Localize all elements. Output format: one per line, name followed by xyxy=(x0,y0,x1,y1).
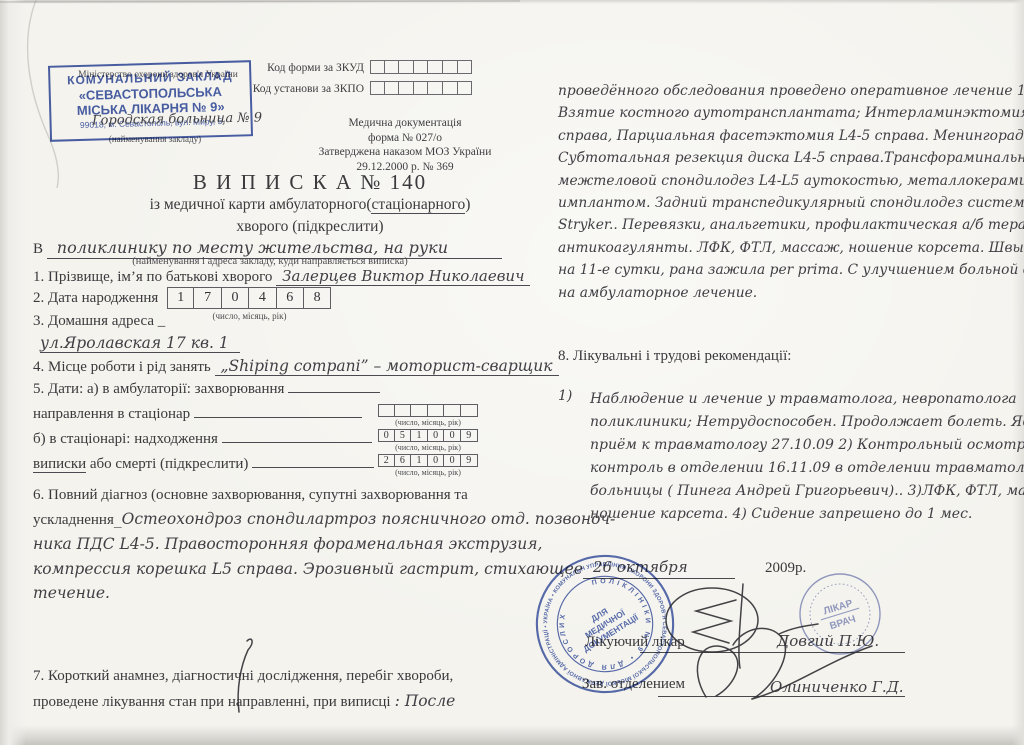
dest-caption: (найменування і адреса закладу, куди нап… xyxy=(60,256,480,267)
dest-label: В xyxy=(33,241,43,257)
referral-label: направлення в стаціонар xyxy=(33,406,190,422)
date-cell: 4 xyxy=(249,287,276,309)
code-cell xyxy=(370,81,385,95)
dest-value: поликлинику по месту жительства, на руки xyxy=(57,238,448,257)
date-cell: 9 xyxy=(461,454,478,467)
date-cell xyxy=(428,404,445,417)
document-title: В И П И С К А № 140 xyxy=(110,170,510,195)
date-cell xyxy=(378,404,395,417)
med-doc-line: Затверджена наказом МОЗ України xyxy=(293,145,517,160)
diagnosis-line: 6. Повний діагноз (основне захворювання,… xyxy=(33,483,488,507)
facility-handwritten: Городская больница № 9 xyxy=(92,111,262,129)
op-line: Субтотальная резекция диска L4-5 справа.… xyxy=(558,147,1018,169)
code-cell xyxy=(428,81,443,95)
op-line: Stryker.. Перевязки, анальгетики, профил… xyxy=(558,214,1018,236)
op-line: антикоагулянты. ЛФК, ФТЛ, массаж, ношени… xyxy=(558,237,1018,259)
field-referral-row: направлення в стаціонар xyxy=(33,406,362,423)
date-cell: 5 xyxy=(395,429,412,442)
recommendations-heading: 8. Лікувальні і трудові рекомендації: xyxy=(558,348,791,365)
anamnesis-hand: : После xyxy=(395,692,456,710)
code-form-cells xyxy=(370,60,472,74)
code-inst-cells xyxy=(370,81,472,95)
work-value: „Shiping compani” – моторист-сварщик xyxy=(215,357,559,376)
discharge-word: виписки xyxy=(33,456,86,473)
op-line: межтеловой спондилодез L4-L5 аутокостью,… xyxy=(558,170,1018,192)
date-cell: 1 xyxy=(167,287,194,309)
referral-date-cells xyxy=(378,404,478,417)
code-cell xyxy=(443,81,458,95)
address-value: ул.Яролавская 17 кв. 1 xyxy=(40,334,240,353)
diagnosis-line: ускладнення_Остеохондроз спондилартроз п… xyxy=(33,507,488,532)
op-line: на 11-е сутки, рана зажила per prima. С … xyxy=(558,259,1018,281)
discharge-date-caption: (число, місяць, рік) xyxy=(378,468,478,477)
anamnesis-line: проведене лікування стан при направленні… xyxy=(33,689,488,715)
code-cell xyxy=(458,60,473,74)
patient-name: Залерцев Виктор Николаевич xyxy=(276,267,530,286)
field-work-label: 4. Місце роботи і рід занять xyxy=(33,359,211,375)
diagnosis-line: течение. xyxy=(33,581,488,605)
op-line: Взятие костного аутотрансплантата; Интер… xyxy=(558,102,1018,124)
doctor-signature xyxy=(739,584,743,668)
rec-line: контроль в отделении 16.11.09 в отделени… xyxy=(590,457,1020,480)
diagnosis-line: ника ПДС L4-5. Правосторонняя фораменаль… xyxy=(33,532,488,556)
doctor-personal-stamp: ЛІКАР ВРАЧ xyxy=(798,572,882,656)
code-inst-label: Код установи за ЗКПО xyxy=(246,83,364,95)
date-cell xyxy=(395,404,412,417)
rec-line: поликлиники; Нетрудоспособен. Продолжает… xyxy=(590,411,1020,434)
rec-line: Наблюдение и лечение у травматолога, нев… xyxy=(590,388,1020,411)
field-name-label: 1. Прізвище, ім’я по батькові хворого xyxy=(33,269,272,285)
rec-marker: 1) xyxy=(558,388,572,404)
rec-line: ношение карсета. 4) Сидение запрешено до… xyxy=(590,503,1020,526)
med-doc-block: Медична документація форма № 027/о Затве… xyxy=(293,116,517,174)
field-admission-row: б) в стаціонарі: надходження xyxy=(33,431,372,448)
field-birth-label: 2. Дата народження xyxy=(33,290,158,307)
code-cell xyxy=(370,60,385,74)
date-cell: 6 xyxy=(395,454,412,467)
anamnesis-block: 7. Короткий анамнез, діагностичні дослід… xyxy=(33,664,488,714)
date-cell: 0 xyxy=(428,454,445,467)
scan-edge xyxy=(0,1,520,2)
diagnosis-printed: ускладнення xyxy=(33,512,114,528)
date-cell: 8 xyxy=(304,287,331,309)
date-cell: 7 xyxy=(194,287,221,309)
code-cell xyxy=(428,60,443,74)
field-dates-a: 5. Дати: а) в амбулаторії: захворювання xyxy=(33,381,380,398)
date-cell: 0 xyxy=(444,454,461,467)
head-name: Олиниченко Г.Д. xyxy=(770,678,904,696)
discharge-blank xyxy=(252,467,374,468)
op-line: проведённого обследования проведено опер… xyxy=(558,80,1018,102)
birth-date-caption: (число, місяць, рік) xyxy=(167,311,332,321)
code-cell xyxy=(385,60,400,74)
subtitle-underlined: стаціонарного xyxy=(371,196,465,214)
code-cell xyxy=(443,60,458,74)
op-line: справа, Парциальная фасетэктомия L4-5 сп… xyxy=(558,125,1018,147)
date-cell: 0 xyxy=(428,429,445,442)
date-cell: 9 xyxy=(461,429,478,442)
field-address-label: 3. Домашня адреса _ xyxy=(33,313,165,330)
admission-blank xyxy=(222,442,372,443)
date-cell: 1 xyxy=(411,454,428,467)
med-doc-line: Медична документація xyxy=(293,116,517,131)
code-form-label: Код форми за ЗКУД xyxy=(258,62,364,74)
med-doc-line: форма № 027/о xyxy=(293,131,517,146)
admission-date-caption: (число, місяць, рік) xyxy=(378,443,478,452)
date-cell: 0 xyxy=(444,429,461,442)
code-cell xyxy=(414,81,429,95)
operation-paragraph: проведённого обследования проведено опер… xyxy=(558,80,1018,304)
diagnosis-hand: _Остеохондроз спондилартроз поясничного … xyxy=(114,510,615,528)
document-subtitle2: хворого (підкреслити) xyxy=(110,218,510,236)
dates-a-label: 5. Дати: а) в амбулаторії: захворювання xyxy=(33,381,284,397)
op-line: на амбулаторное лечение. xyxy=(558,282,1018,304)
op-line: имплантом. Задний транспедикулярный спон… xyxy=(558,192,1018,214)
subtitle-pre: із медичної карти амбулаторного( xyxy=(150,196,372,213)
referral-date-caption: (число, місяць, рік) xyxy=(378,418,478,427)
field-discharge-row: виписки або смерті (підкреслити) xyxy=(33,456,374,473)
scanned-discharge-document: Міністерство охорони здоров'я України КО… xyxy=(0,0,1024,745)
code-cell xyxy=(399,60,414,74)
dates-a-blank xyxy=(288,392,380,393)
document-subtitle: із медичної карти амбулаторного(стаціона… xyxy=(110,196,510,214)
diagnosis-line: компрессия корешка L5 справа. Эрозивный … xyxy=(33,557,488,581)
admission-date-cells: 051009 xyxy=(378,429,478,442)
field-work-row: 4. Місце роботи і рід занять „Shiping co… xyxy=(33,357,559,376)
date-cell: 6 xyxy=(277,287,304,309)
code-cell xyxy=(399,81,414,95)
date-cell xyxy=(411,404,428,417)
discharge-rest: або смерті (підкреслити) xyxy=(86,456,248,472)
code-cell xyxy=(458,81,473,95)
rec-line: больницы ( Пинега Андрей Григорьевич).. … xyxy=(590,480,1020,503)
date-cell: 1 xyxy=(411,429,428,442)
code-cell xyxy=(414,60,429,74)
referral-blank xyxy=(194,417,362,418)
facility-stamp: КОМУНАЛЬНИЙ ЗАКЛАД «СЕВАСТОПОЛЬСЬКА МІСЬ… xyxy=(48,60,253,142)
date-cell xyxy=(461,404,478,417)
subtitle-post: ) xyxy=(465,196,470,213)
date-cell xyxy=(444,404,461,417)
code-cell xyxy=(385,81,400,95)
date-cell: 0 xyxy=(222,287,249,309)
discharge-date-cells: 261009 xyxy=(378,454,478,467)
admission-label: б) в стаціонарі: надходження xyxy=(33,431,218,447)
date-cell: 2 xyxy=(378,454,395,467)
anamnesis-line: 7. Короткий анамнез, діагностичні дослід… xyxy=(33,664,488,689)
anamnesis-printed: проведене лікування стан при направленні… xyxy=(33,694,391,710)
diagnosis-block: 6. Повний діагноз (основне захворювання,… xyxy=(33,483,488,605)
recommendations-paragraph: Наблюдение и лечение у травматолога, нев… xyxy=(590,388,1020,526)
rec-line: приём к травматологу 27.10.09 2) Контрол… xyxy=(590,434,1020,457)
field-name-row: 1. Прізвище, ім’я по батькові хворого За… xyxy=(33,267,530,286)
date-cell: 0 xyxy=(378,429,395,442)
birth-date-cells: 170468 xyxy=(167,287,331,309)
round-institution-stamp: УПРАВЛІННЯ ОХОРОНИ ЗДОРОВ'Я СЕВАСТОПОЛЬС… xyxy=(533,552,677,696)
